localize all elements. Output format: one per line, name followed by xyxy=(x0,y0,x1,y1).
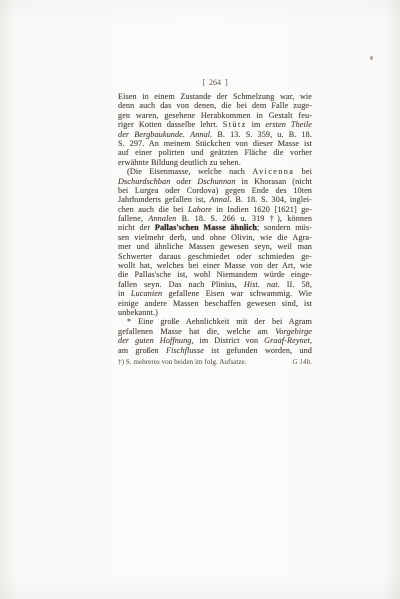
text-line: unbekannt.) xyxy=(118,308,312,317)
text-line: Jahrhunderts gefallen ist, Annal. B. 18.… xyxy=(118,195,312,204)
text-line: gefallenen Masse hat die, welche am Vorg… xyxy=(118,327,312,336)
text-line: chen auch die bei Lahore in Indien 1620 … xyxy=(118,205,312,214)
text-line: nicht der Pallas'schen Masse ähnlich; so… xyxy=(118,223,312,232)
text-line: (Die Eisenmasse, welche nach Avicenna be… xyxy=(118,167,312,176)
text-line: Eisen in einem Zustande der Schmelzung w… xyxy=(118,92,312,101)
text-line: fallen seyn. Das nach Plinius, Hist. nat… xyxy=(118,280,312,289)
text-line: Schwerter daraus geschmiedet oder schmie… xyxy=(118,252,312,261)
paragraph: * Eine große Aehnlichkeit mit der bei Ag… xyxy=(118,317,312,355)
scanned-page: [ 264 ] Eisen in einem Zustande der Schm… xyxy=(0,0,400,599)
text-line: sen vielmehr derb, und ohne Olivin, wie … xyxy=(118,233,312,242)
text-line: der guten Hoffnung, im District von Graa… xyxy=(118,336,312,345)
text-line: wollt hat, welches bei einer Masse von d… xyxy=(118,261,312,270)
paragraph: Eisen in einem Zustande der Schmelzung w… xyxy=(118,92,312,167)
footnote: †) S. mehreres von beiden im folg. Aufsa… xyxy=(118,358,312,366)
page-number: [ 264 ] xyxy=(118,78,312,87)
text-line: * Eine große Aehnlichkeit mit der bei Ag… xyxy=(118,317,312,326)
text-line: denn auch das von denen, die bei dem Fal… xyxy=(118,101,312,110)
text-line: mer und ähnliche Massen gewesen seyn, we… xyxy=(118,242,312,251)
footnote-text: †) S. mehreres von beiden im folg. Aufsa… xyxy=(118,358,247,366)
signature-mark: G 14b. xyxy=(292,358,312,366)
ink-speck xyxy=(370,56,373,60)
text-line: erwähnte Bildung deutlich zu sehen. xyxy=(118,158,312,167)
text-line: bei Lurgea oder Cordova) gegen Ende des … xyxy=(118,186,312,195)
paragraph: (Die Eisenmasse, welche nach Avicenna be… xyxy=(118,167,312,317)
text-line: gen waren, gesehene Herabkommen in Gesta… xyxy=(118,111,312,120)
text-line: Dschurdschban oder Dschunnan in Khorasan… xyxy=(118,177,312,186)
text-line: S. 297. An meinem Stückchen von dieser M… xyxy=(118,139,312,148)
text-block: Eisen in einem Zustande der Schmelzung w… xyxy=(118,92,312,355)
text-line: der Bergbaukunde. Annal. B. 13. S. 359, … xyxy=(118,130,312,139)
text-line: einige andere Massen beschaffen gewesen … xyxy=(118,299,312,308)
text-line: auf einer polirten und geätzten Fläche d… xyxy=(118,148,312,157)
text-line: riger Kotten dasselbe lehrt. Stütz im er… xyxy=(118,120,312,129)
text-line: am großen Fischflusse ist gefunden worde… xyxy=(118,346,312,355)
text-line: die Pallas'sche ist, wohl Niemandem würd… xyxy=(118,270,312,279)
text-line: in Lucanien gefallene Eisen war schwammi… xyxy=(118,289,312,298)
